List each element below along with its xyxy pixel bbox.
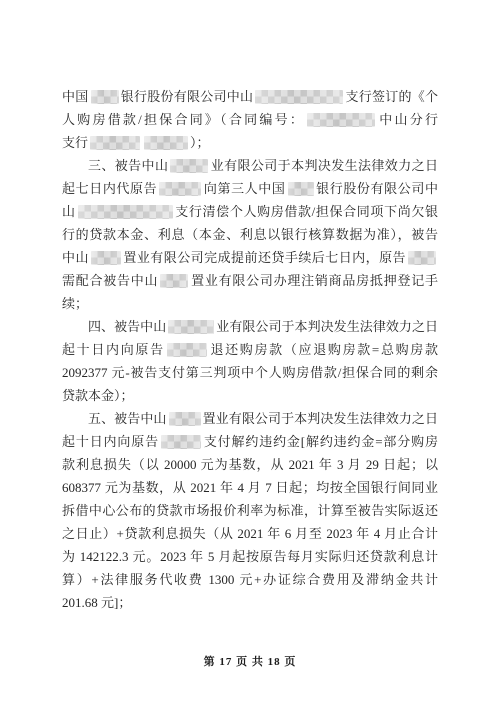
text-segment: 需配合被告中山 — [62, 273, 158, 288]
redaction-block — [91, 251, 121, 265]
text-segment: 三、被告中山 — [88, 158, 168, 173]
text-line: 三、被告中山业有限公司于本判决发生法律效力之日 — [62, 154, 438, 177]
text-segment: 贷款本金）； — [62, 388, 134, 403]
text-line: 五、被告中山置业有限公司于本判决发生法律效力之日 — [62, 407, 438, 430]
text-segment: 中国 — [62, 89, 89, 104]
text-segment: 银行股份有限公司中 — [316, 181, 438, 196]
text-line: 中国银行股份有限公司中山支行签订的《个 — [62, 85, 438, 108]
text-line: 贷款本金）； — [62, 384, 438, 407]
redaction-block — [408, 251, 436, 265]
text-line: 四、被告中山业有限公司于本判决发生法律效力之日 — [62, 315, 438, 338]
text-segment: 置业有限公司办理注销商品房抵押登记手 — [190, 273, 438, 288]
text-segment: 支行 — [62, 135, 88, 150]
text-segment: 支行签订的《个 — [345, 89, 438, 104]
text-segment: 向第三人中国 — [203, 181, 285, 196]
text-line: 款利息损失（以 20000 元为基数，从 2021 年 3 月 29 日起；以 — [62, 453, 438, 476]
text-line: 续； — [62, 292, 438, 315]
text-line: 中山置业有限公司完成提前还贷手续后七日内，原告 — [62, 246, 438, 269]
text-line: 201.68 元]； — [62, 591, 438, 614]
redaction-block — [161, 435, 201, 449]
redaction-block — [160, 274, 188, 288]
text-line: 拆借中心公布的贷款市场报价利率为标准，计算至被告实际返还 — [62, 499, 438, 522]
text-segment: 中山分行 — [377, 112, 438, 127]
text-line: 起七日内代原告向第三人中国银行股份有限公司中 — [62, 177, 438, 200]
text-segment: 中山 — [62, 250, 89, 265]
text-line: 山支行清偿个人购房借款/担保合同项下尚欠银 — [62, 200, 438, 223]
redaction-block — [78, 205, 173, 219]
text-segment: 人购房借款/担保合同》（合同编号： — [62, 112, 305, 127]
text-line: 起十日内向原告支付解约违约金[解约违约金=部分购房 — [62, 430, 438, 453]
redaction-block — [255, 90, 343, 104]
text-segment: 业有限公司于本判决发生法律效力之日 — [216, 319, 438, 334]
redaction-block — [167, 343, 207, 357]
text-segment: 2092377 元-被告支付第三判项中个人购房借款/担保合同的剩余 — [62, 365, 438, 380]
text-line: 608377 元为基数，从 2021 年 4 月 7 日起；均按全国银行间同业 — [62, 476, 438, 499]
text-line: 支行）； — [62, 131, 438, 154]
text-segment: 算）+法律服务代收费 1300 元+办证综合费用及滞纳金共计 — [62, 572, 438, 587]
text-line: 起十日内向原告退还购房款（应退购房款=总购房款 — [62, 338, 438, 361]
redaction-block — [159, 182, 201, 196]
text-line: 2092377 元-被告支付第三判项中个人购房借款/担保合同的剩余 — [62, 361, 438, 384]
text-segment: 起十日内向原告 — [62, 434, 159, 449]
text-segment: 山 — [62, 204, 76, 219]
page-footer: 第 17 页 共 18 页 — [0, 653, 500, 669]
text-line: 之日止）+贷款利息损失（从 2021 年 6 月至 2023 年 4 月止合计 — [62, 522, 438, 545]
redaction-block — [144, 136, 188, 150]
text-line: 为 142122.3 元。2023 年 5 月起按原告每月实际归还贷款利息计 — [62, 545, 438, 568]
text-segment: 置业有限公司完成提前还贷手续后七日内，原告 — [123, 250, 406, 265]
redaction-block — [169, 412, 201, 426]
redaction-block — [288, 182, 314, 196]
redaction-block — [170, 159, 208, 173]
judgment-page: 中国银行股份有限公司中山支行签订的《个人购房借款/担保合同》（合同编号：中山分行… — [0, 0, 500, 707]
text-line: 行的贷款本金、利息（本金、利息以银行核算数据为准），被告 — [62, 223, 438, 246]
text-line: 算）+法律服务代收费 1300 元+办证综合费用及滞纳金共计 — [62, 568, 438, 591]
redaction-block — [90, 136, 140, 150]
text-segment: ）； — [190, 135, 210, 150]
text-segment: 支行清偿个人购房借款/担保合同项下尚欠银 — [175, 204, 438, 219]
text-segment: 拆借中心公布的贷款市场报价利率为标准，计算至被告实际返还 — [62, 503, 438, 518]
text-segment: 608377 元为基数，从 2021 年 4 月 7 日起；均按全国银行间同业 — [62, 480, 438, 495]
text-segment: 起七日内代原告 — [62, 181, 157, 196]
text-segment: 退还购房款（应退购房款=总购房款 — [209, 342, 438, 357]
text-segment: 起十日内向原告 — [62, 342, 165, 357]
text-segment: 201.68 元]； — [62, 595, 131, 610]
redaction-block — [168, 320, 214, 334]
text-segment: 四、被告中山 — [88, 319, 166, 334]
text-segment: 续； — [62, 296, 88, 311]
text-line: 需配合被告中山置业有限公司办理注销商品房抵押登记手 — [62, 269, 438, 292]
text-segment: 置业有限公司于本判决发生法律效力之日 — [203, 411, 438, 426]
text-segment: 业有限公司于本判决发生法律效力之日 — [210, 158, 438, 173]
text-line: 人购房借款/担保合同》（合同编号：中山分行 — [62, 108, 438, 131]
text-segment: 银行股份有限公司中山 — [121, 89, 254, 104]
text-segment: 之日止）+贷款利息损失（从 2021 年 6 月至 2023 年 4 月止合计 — [62, 526, 438, 541]
redaction-block — [307, 113, 375, 127]
text-segment: 为 142122.3 元。2023 年 5 月起按原告每月实际归还贷款利息计 — [62, 549, 438, 564]
text-segment: 支付解约违约金[解约违约金=部分购房 — [203, 434, 438, 449]
text-segment: 款利息损失（以 20000 元为基数，从 2021 年 3 月 29 日起；以 — [62, 457, 438, 472]
document-body: 中国银行股份有限公司中山支行签订的《个人购房借款/担保合同》（合同编号：中山分行… — [62, 85, 438, 614]
text-segment: 五、被告中山 — [88, 411, 167, 426]
redaction-block — [91, 90, 119, 104]
text-segment: 行的贷款本金、利息（本金、利息以银行核算数据为准），被告 — [62, 227, 438, 242]
